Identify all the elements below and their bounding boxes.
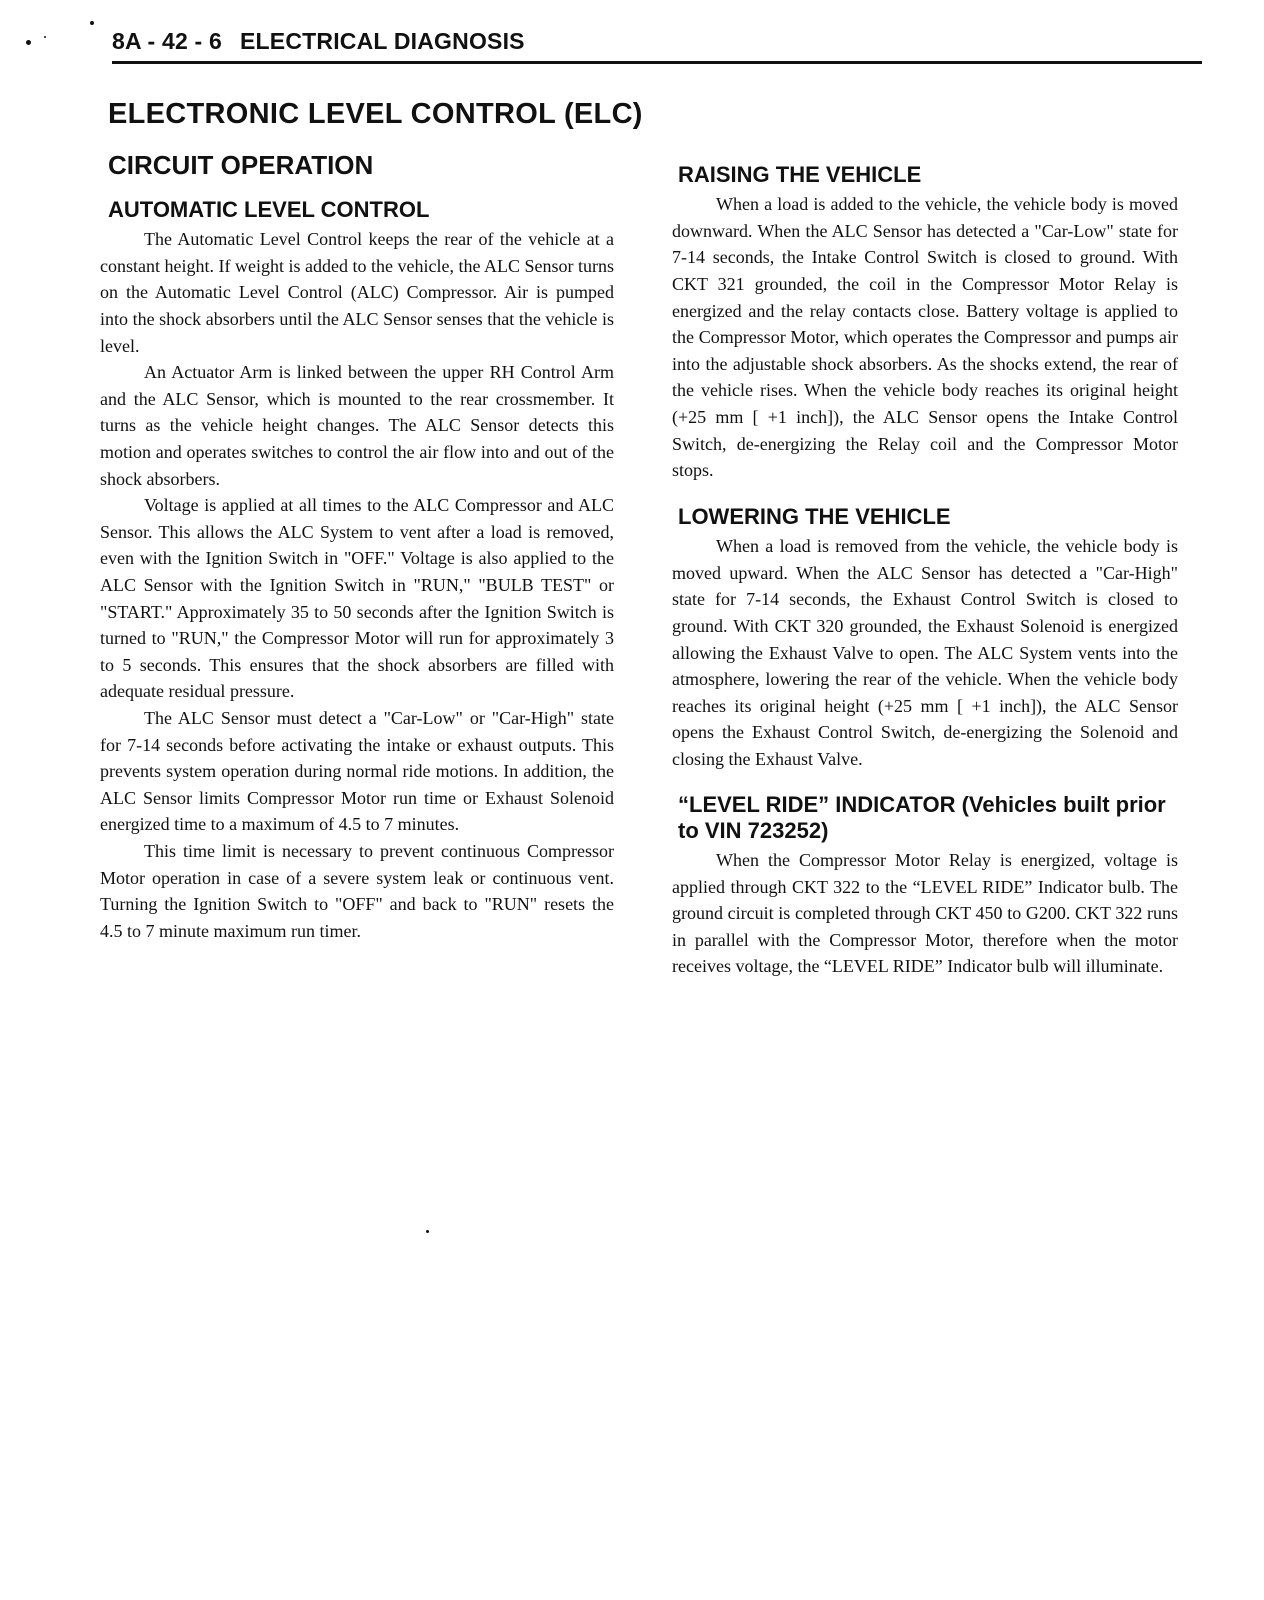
section-heading: RAISING THE VEHICLE <box>678 162 1178 187</box>
running-header: 8A - 42 - 6 ELECTRICAL DIAGNOSIS <box>112 28 1202 64</box>
circuit-operation-heading: CIRCUIT OPERATION <box>108 150 614 181</box>
paragraph: This time limit is necessary to prevent … <box>100 838 614 944</box>
page-number: 8A - 42 - 6 <box>112 28 222 55</box>
scan-speck <box>426 1230 429 1233</box>
paragraph: The ALC Sensor must detect a "Car-Low" o… <box>100 705 614 838</box>
left-column: CIRCUIT OPERATION AUTOMATIC LEVEL CONTRO… <box>100 150 614 944</box>
right-column: RAISING THE VEHICLE When a load is added… <box>672 162 1178 980</box>
raising-the-vehicle-section: RAISING THE VEHICLE When a load is added… <box>672 162 1178 484</box>
paragraph: When a load is removed from the vehicle,… <box>672 533 1178 772</box>
paragraph: When the Compressor Motor Relay is energ… <box>672 847 1178 980</box>
section-heading: LOWERING THE VEHICLE <box>678 504 1178 529</box>
section-heading: “LEVEL RIDE” INDICATOR (Vehicles built p… <box>678 792 1178 843</box>
section-heading: AUTOMATIC LEVEL CONTROL <box>108 197 614 222</box>
lowering-the-vehicle-section: LOWERING THE VEHICLE When a load is remo… <box>672 504 1178 773</box>
automatic-level-control-section: AUTOMATIC LEVEL CONTROL The Automatic Le… <box>100 197 614 944</box>
paragraph: The Automatic Level Control keeps the re… <box>100 226 614 359</box>
level-ride-indicator-section: “LEVEL RIDE” INDICATOR (Vehicles built p… <box>672 792 1178 980</box>
scan-speck <box>44 36 46 38</box>
paragraph: Voltage is applied at all times to the A… <box>100 492 614 705</box>
scan-speck <box>90 21 94 25</box>
section-title: ELECTRICAL DIAGNOSIS <box>240 28 525 55</box>
document-title: ELECTRONIC LEVEL CONTROL (ELC) <box>108 98 643 131</box>
scan-speck <box>26 40 31 45</box>
paragraph: An Actuator Arm is linked between the up… <box>100 359 614 492</box>
paragraph: When a load is added to the vehicle, the… <box>672 191 1178 484</box>
